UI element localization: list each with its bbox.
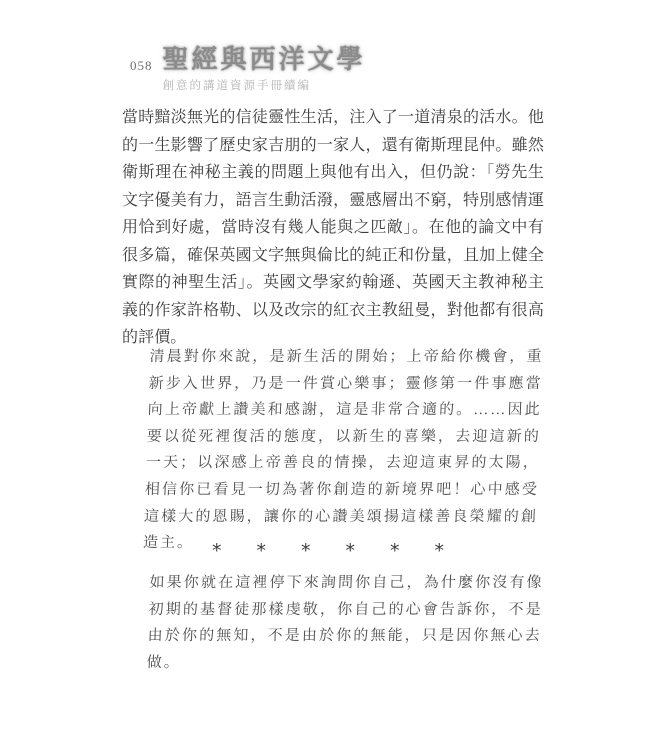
book-title: 聖經與西洋文學 (163, 46, 366, 73)
asterisk: * (301, 540, 311, 562)
page-number: 058 (130, 58, 153, 74)
book-subtitle: 創意的講道資源手冊續編 (163, 77, 366, 93)
quote-block-2: 如果你就在這裡停下來詢問你自己，為什麼你沒有像初期的基督徒那樣虔敬，你自己的心會… (146, 570, 544, 676)
asterisk: * (435, 540, 445, 562)
asterisk: * (390, 540, 400, 562)
asterisk: * (346, 540, 356, 562)
asterisk: * (257, 540, 267, 562)
book-page: 058 聖經與西洋文學 創意的講道資源手冊續編 當時黯淡無光的信徒靈性生活，注入… (0, 0, 650, 750)
asterisk: * (212, 540, 222, 562)
asterisk-separator: * * * * * * (212, 540, 444, 562)
page-header: 058 聖經與西洋文學 創意的講道資源手冊續編 (130, 46, 366, 93)
main-paragraph: 當時黯淡無光的信徒靈性生活，注入了一道清泉的活水。他的一生影響了歷史家吉朋的一家… (122, 104, 544, 352)
quote-block-1: 清晨對你來說，是新生活的開始；上帝給你機會，重新步入世界，乃是一件賞心樂事；靈修… (143, 344, 544, 557)
title-group: 聖經與西洋文學 創意的講道資源手冊續編 (163, 46, 366, 93)
